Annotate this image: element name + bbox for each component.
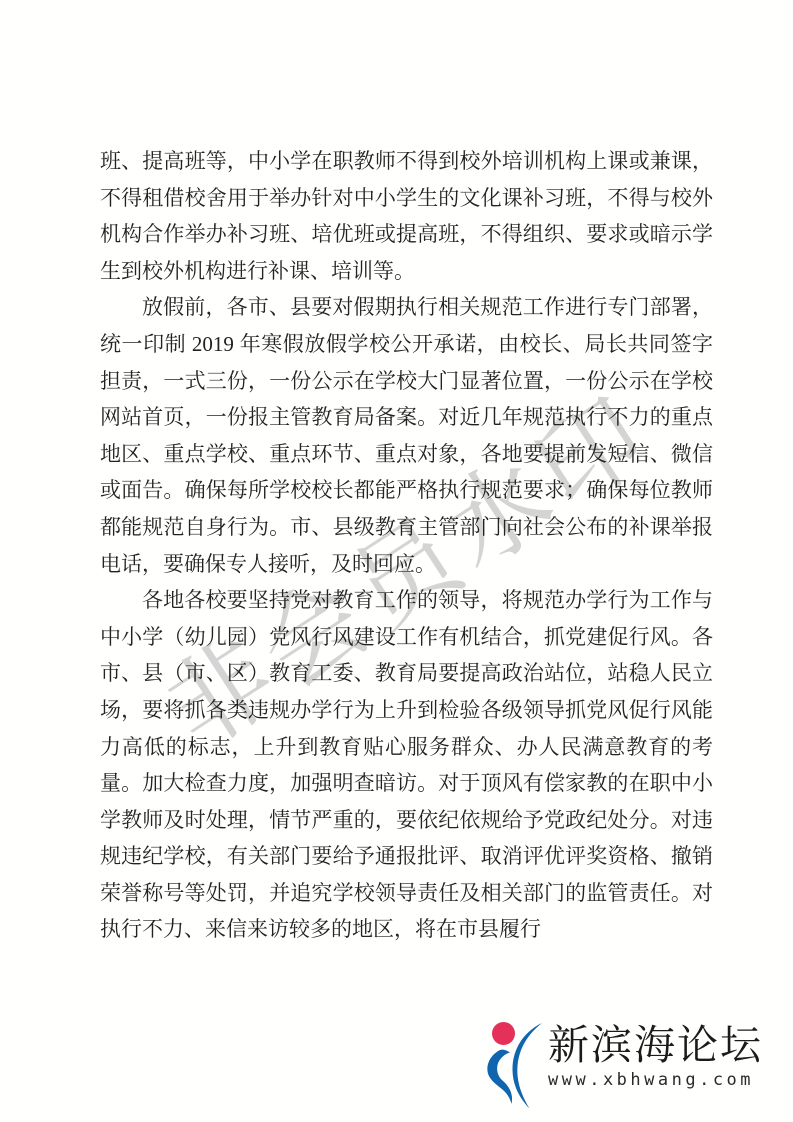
document-body: 班、提高班等，中小学在职教师不得到校外培训机构上课或兼课，不得租借校舍用于举办针… (100, 143, 713, 948)
site-name: 新滨海论坛 (548, 1021, 763, 1069)
paragraph-3: 各地各校要坚持党对教育工作的领导，将规范办学行为工作与中小学（幼儿园）党风行风建… (100, 582, 713, 948)
site-url: www.xbhwang.com (548, 1070, 763, 1090)
paragraph-2: 放假前，各市、县要对假期执行相关规范工作进行专门部署，统一印制 2019 年寒假… (100, 289, 713, 582)
logo-text-block: 新滨海论坛 www.xbhwang.com (548, 1021, 763, 1090)
site-logo: 新滨海论坛 www.xbhwang.com (485, 1021, 763, 1109)
document-page: 非会员水印 班、提高班等，中小学在职教师不得到校外培训机构上课或兼课，不得租借校… (0, 0, 793, 1122)
paragraph-1: 班、提高班等，中小学在职教师不得到校外培训机构上课或兼课，不得租借校舍用于举办针… (100, 143, 713, 289)
logo-figure-icon (485, 1021, 543, 1109)
